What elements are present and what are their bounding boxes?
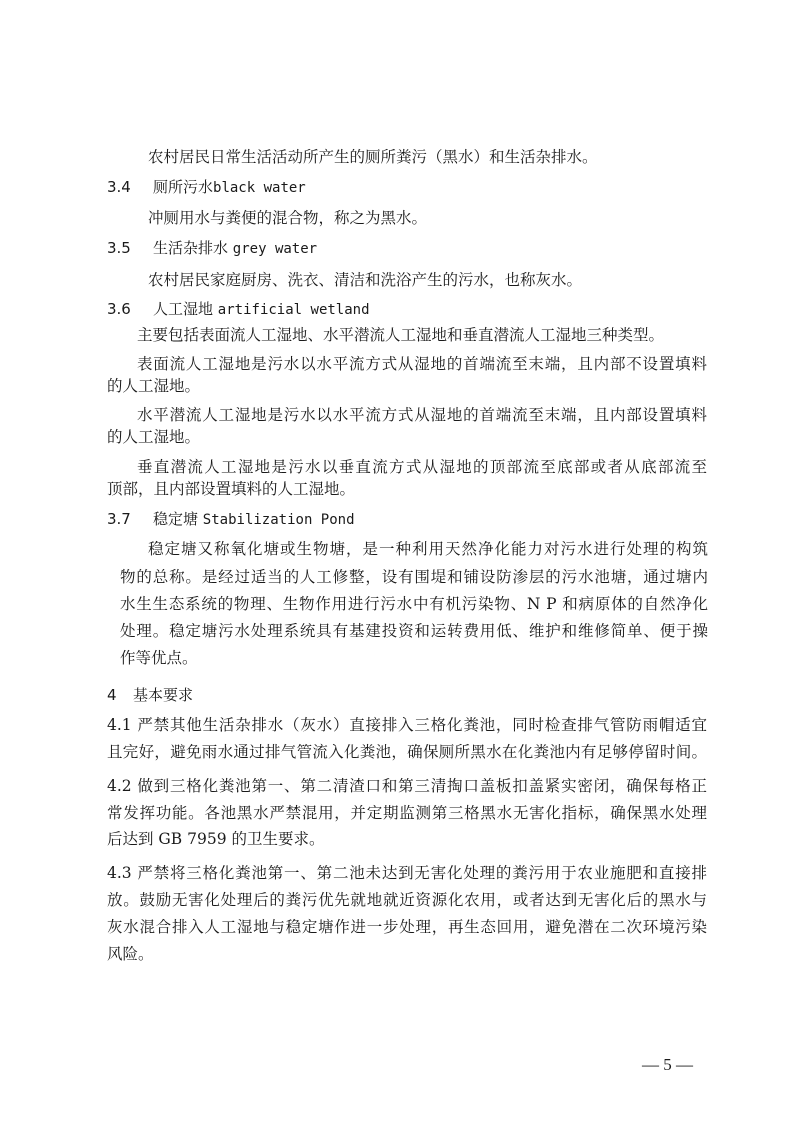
page-number: — 5 —: [642, 1055, 693, 1075]
section-number: 3.6: [107, 299, 153, 319]
paragraph-line: 农村居民家庭厨房、洗衣、清洁和洗浴产生的污水，也称灰水。: [148, 270, 582, 290]
paragraph-line: 农村居民日常生活活动所产生的厕所粪污（黑水）和生活杂排水。: [148, 147, 598, 167]
paragraph-line: 主要包括表面流人工湿地、水平潜流人工湿地和垂直潜流人工湿地三种类型。: [137, 325, 664, 345]
section-title-en: Stabilization Pond: [203, 512, 355, 528]
paragraph-line: 物的总称。是经过适当的人工修整，设有围堤和铺设防渗层的污水池塘，通过塘内: [120, 567, 708, 587]
paragraph-line: 垂直潜流人工湿地是污水以垂直流方式从湿地的顶部流至底部或者从底部流至: [137, 457, 707, 477]
section-title: 人工湿地: [153, 300, 213, 318]
paragraph-line: 水平潜流人工湿地是污水以水平流方式从湿地的首端流至末端，且内部设置填料: [137, 405, 707, 425]
paragraph-line: 4.1 严禁其他生活杂排水（灰水）直接排入三格化粪池，同时检查排气管防雨帽适宜: [107, 715, 707, 735]
paragraph-line: 处理。稳定塘污水处理系统具有基建投资和运转费用低、维护和维修简单、便于操: [120, 621, 708, 641]
section-title-en: grey water: [233, 241, 317, 257]
section-number: 3.7: [107, 509, 153, 529]
section-title: 稳定塘: [153, 510, 198, 528]
section-number: 3.4: [107, 177, 153, 197]
paragraph-line: 的人工湿地。: [107, 427, 200, 447]
section-title: 基本要求: [133, 686, 193, 704]
paragraph-line: 灰水混合排入人工湿地与稳定塘作进一步处理，再生态回用，避免潜在二次环境污染: [107, 917, 707, 937]
section-heading-3-5: 3.5生活杂排水 grey water: [107, 238, 317, 259]
paragraph-line: 放。鼓励无害化处理后的粪污优先就地就近资源化农用，或者达到无害化后的黑水与: [107, 890, 707, 910]
paragraph-line: 4.2 做到三格化粪池第一、第二清渣口和第三清掏口盖板扣盖紧实密闭，确保每格正: [107, 776, 707, 796]
section-title: 厕所污水: [153, 178, 213, 196]
section-heading-3-6: 3.6人工湿地 artificial wetland: [107, 299, 370, 320]
paragraph-line: 风险。: [107, 944, 154, 964]
paragraph-line: 表面流人工湿地是污水以水平流方式从湿地的首端流至末端，且内部不设置填料: [137, 354, 707, 374]
paragraph-line: 稳定塘又称氧化塘或生物塘，是一种利用天然净化能力对污水进行处理的构筑: [148, 539, 708, 559]
section-title: 生活杂排水: [153, 239, 228, 257]
section-number: 3.5: [107, 238, 153, 258]
section-number: 4: [107, 685, 133, 705]
section-title-en: artificial wetland: [218, 302, 370, 318]
paragraph-line: 后达到 GB 7959 的卫生要求。: [107, 829, 325, 849]
paragraph-line: 作等优点。: [120, 648, 198, 668]
paragraph-line: 水生生态系统的物理、生物作用进行污水中有机污染物、N P 和病原体的自然净化: [120, 594, 708, 614]
section-heading-3-7: 3.7稳定塘 Stabilization Pond: [107, 509, 355, 530]
paragraph-line: 顶部，且内部设置填料的人工湿地。: [107, 479, 355, 499]
section-heading-3-4: 3.4厕所污水black water: [107, 177, 306, 198]
paragraph-line: 且完好，避免雨水通过排气管流入化粪池，确保厕所黑水在化粪池内有足够停留时间。: [107, 742, 707, 762]
paragraph-line: 冲厕用水与粪便的混合物，称之为黑水。: [148, 208, 427, 228]
paragraph-line: 常发挥功能。各池黑水严禁混用，并定期监测第三格黑水无害化指标，确保黑水处理: [107, 803, 707, 823]
paragraph-line: 的人工湿地。: [107, 376, 200, 396]
paragraph-line: 4.3 严禁将三格化粪池第一、第二池未达到无害化处理的粪污用于农业施肥和直接排: [107, 863, 707, 883]
section-heading-4: 4基本要求: [107, 685, 193, 705]
section-title-en: black water: [213, 180, 306, 196]
